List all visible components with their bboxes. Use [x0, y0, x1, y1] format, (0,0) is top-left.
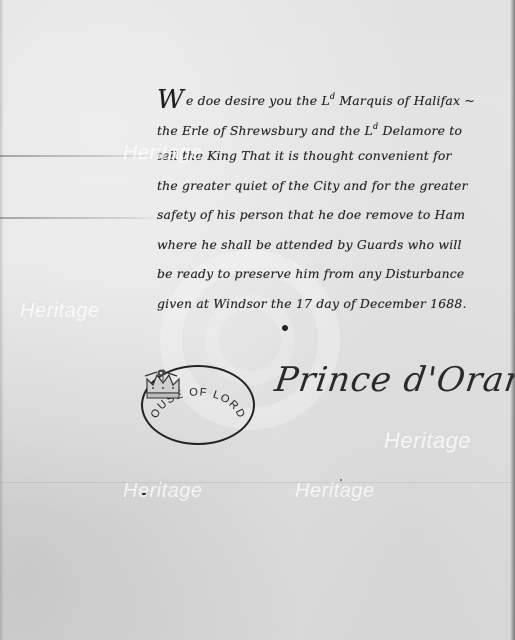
page-edge-left — [0, 0, 4, 640]
letter-text: Marquis of Halifax ~ — [335, 93, 475, 108]
letter-line-2: the Erle of Shrewsbury and the Ld Delamo… — [157, 112, 515, 142]
ink-mark — [142, 493, 146, 495]
ink-blot — [282, 325, 288, 331]
signature: Prince d'Orange — [272, 360, 515, 400]
letter-line-7: be ready to preserve him from any Distur… — [157, 259, 515, 289]
house-of-lords-stamp: HOUSE OF LORDS — [141, 365, 255, 445]
rose-icon — [143, 367, 179, 379]
letter-line-5: safety of his person that he doe remove … — [157, 200, 515, 230]
paper-fold-line — [0, 217, 160, 219]
letter-text: e doe desire you the L — [186, 93, 330, 108]
paper-fold-line — [0, 482, 515, 483]
letter-line-1: We doe desire you the Ld Marquis of Hali… — [157, 82, 515, 112]
letter-text: Delamore to — [378, 123, 462, 138]
watermark-text: Heritage — [123, 480, 203, 503]
watermark-text: Heritage — [20, 300, 100, 323]
letter-body: We doe desire you the Ld Marquis of Hali… — [157, 82, 515, 318]
watermark-text: Heritage — [384, 428, 471, 454]
watermark-text: Heritage — [123, 142, 203, 165]
letter-line-6: where he shall be attended by Guards who… — [157, 230, 515, 260]
letter-line-4: the greater quiet of the City and for th… — [157, 171, 515, 201]
watermark-text: Heritage — [295, 480, 375, 503]
letter-text: the Erle of Shrewsbury and the L — [157, 123, 373, 138]
letter-initial: W — [157, 85, 184, 115]
letter-line-3: tell the King That it is thought conveni… — [157, 141, 515, 171]
ink-mark — [340, 479, 342, 481]
letter-line-8: given at Windsor the 17 day of December … — [157, 289, 515, 319]
